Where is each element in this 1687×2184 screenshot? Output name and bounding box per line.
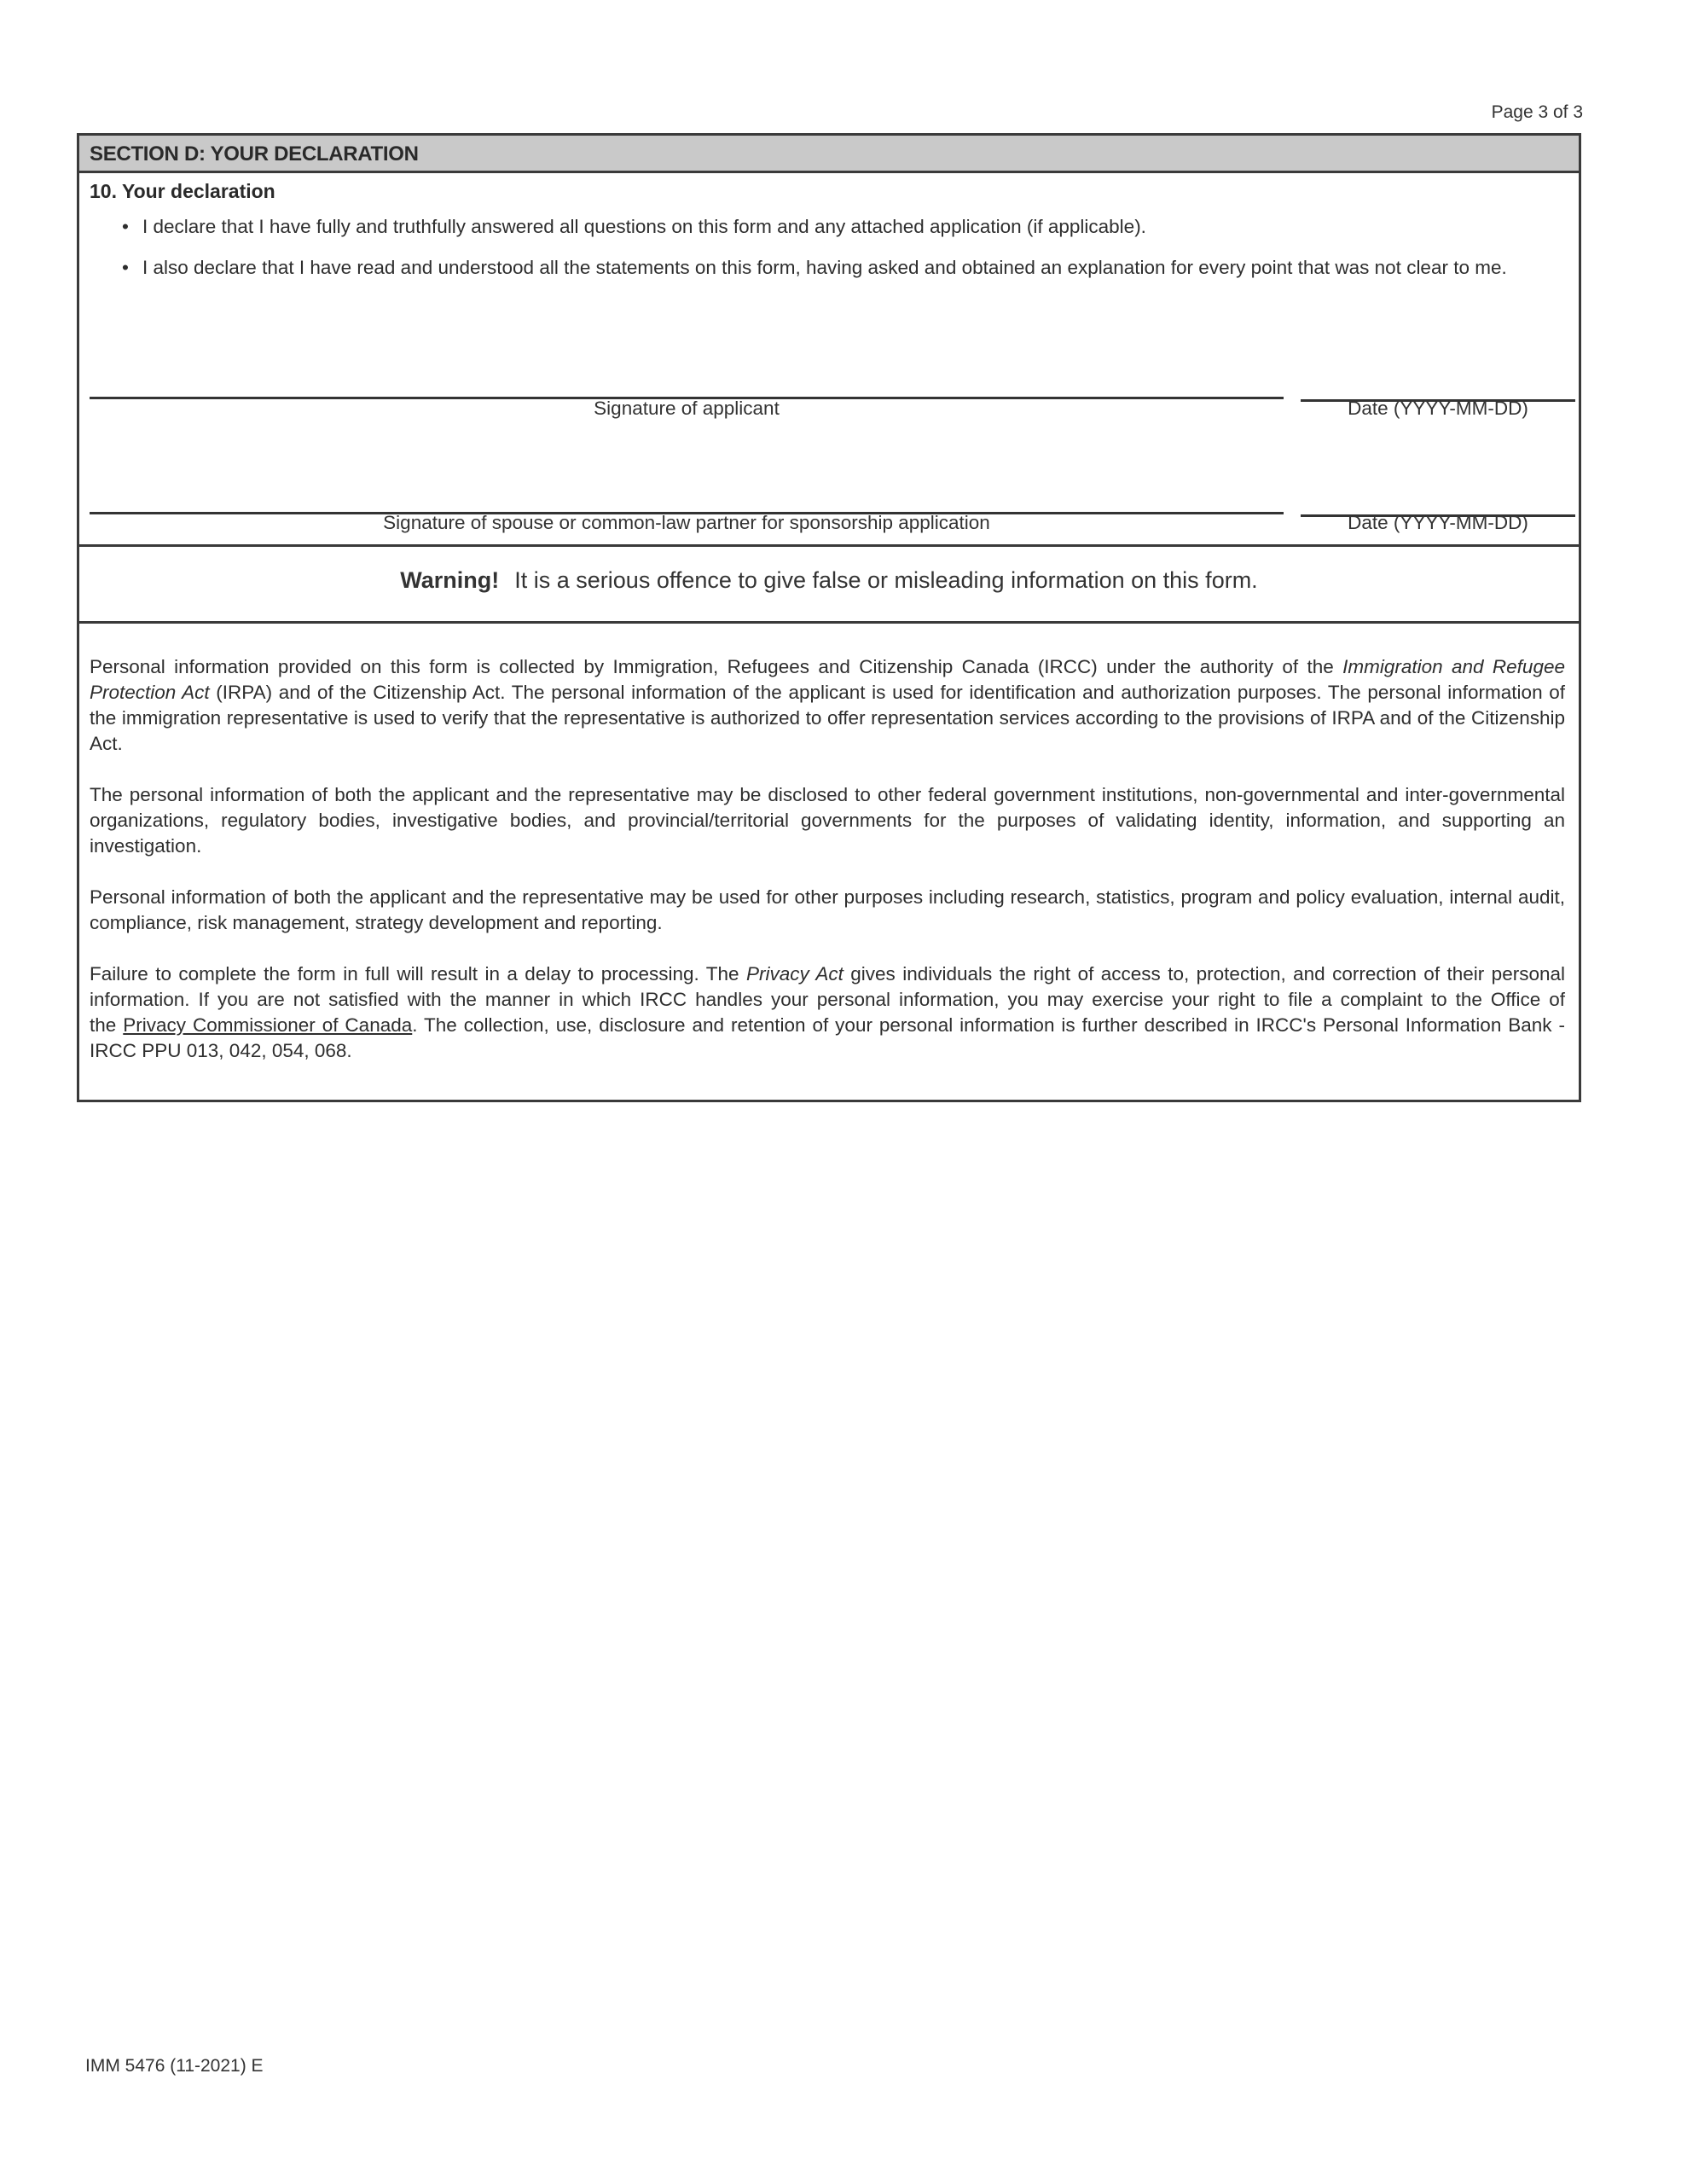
spouse-date-label: Date (YYYY-MM-DD) [1301, 512, 1575, 534]
privacy-paragraph: Personal information provided on this fo… [90, 654, 1565, 757]
declaration-bullet: • I also declare that I have read and un… [122, 255, 1570, 281]
privacy-text: Failure to complete the form in full wil… [90, 963, 746, 985]
form-code: IMM 5476 (11-2021) E [85, 2056, 264, 2077]
section-header: SECTION D: YOUR DECLARATION [79, 136, 1579, 173]
privacy-text: Personal information provided on this fo… [90, 656, 1342, 677]
privacy-paragraph: The personal information of both the app… [90, 782, 1565, 859]
privacy-text: (IRPA) and of the Citizenship Act. The p… [90, 682, 1565, 754]
applicant-signature-label: Signature of applicant [90, 398, 1284, 420]
privacy-commissioner-link[interactable]: Privacy Commissioner of Canada [123, 1014, 412, 1036]
declaration-text: I also declare that I have read and unde… [122, 255, 1570, 281]
declaration-bullet: • I declare that I have fully and truthf… [122, 214, 1570, 240]
declaration-form-box: SECTION D: YOUR DECLARATION 10. Your dec… [77, 133, 1581, 1102]
warning-label: Warning! [400, 567, 499, 593]
bullet-icon: • [122, 214, 129, 240]
page-indicator: Page 3 of 3 [1492, 102, 1583, 123]
act-name: Privacy Act [746, 963, 843, 985]
spouse-signature-label: Signature of spouse or common-law partne… [90, 512, 1284, 534]
warning-text: It is a serious offence to give false or… [514, 567, 1257, 593]
privacy-paragraph: Personal information of both the applica… [90, 885, 1565, 936]
section-title: SECTION D: YOUR DECLARATION [90, 142, 419, 166]
applicant-date-label: Date (YYYY-MM-DD) [1301, 398, 1575, 420]
divider [79, 621, 1579, 624]
privacy-paragraph: Failure to complete the form in full wil… [90, 961, 1565, 1064]
bullet-icon: • [122, 255, 129, 281]
privacy-notice: Personal information provided on this fo… [90, 654, 1565, 1089]
question-title: 10. Your declaration [90, 180, 275, 203]
divider [79, 544, 1579, 547]
declaration-text: I declare that I have fully and truthful… [122, 214, 1570, 240]
warning-notice: Warning!It is a serious offence to give … [79, 567, 1579, 594]
